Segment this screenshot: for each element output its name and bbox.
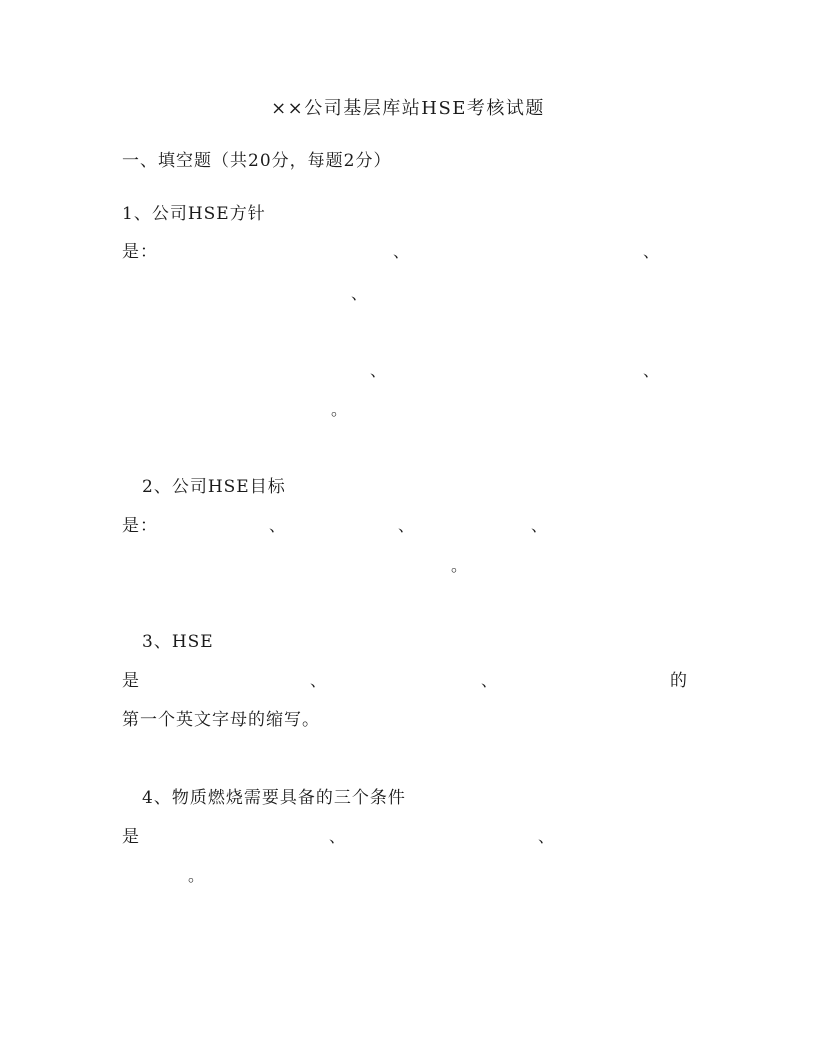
blank-separator: 、 [531,516,547,536]
question-continuation: 第一个英文字母的缩写。 [122,710,320,730]
question-prompt: 4、物质燃烧需要具备的三个条件 [142,788,406,808]
blank-separator: 、 [351,284,367,304]
document-page: ××公司基层库站HSE考核试题 一、填空题（共20分，每题2分） 1、公司HSE… [0,0,816,1056]
blank-separator: 、 [643,361,659,381]
section-heading: 一、填空题（共20分，每题2分） [122,151,391,171]
blank-separator: 、 [370,361,386,381]
blank-separator: 、 [643,242,659,262]
blank-separator: 、 [393,242,409,262]
answer-lead: 是： [122,516,158,536]
answer-lead: 是 [122,671,140,691]
end-mark: 。 [331,400,347,420]
blank-separator: 、 [481,671,497,691]
answer-lead: 是： [122,242,158,262]
blank-separator: 、 [398,516,414,536]
document-title: ××公司基层库站HSE考核试题 [0,98,816,120]
blank-separator: 、 [269,516,285,536]
blank-separator: 、 [538,827,554,847]
question-prompt: 3、HSE [142,632,214,652]
question-prompt: 2、公司HSE目标 [142,477,286,497]
end-mark: 。 [451,556,467,576]
trailing-word: 的 [670,671,688,691]
question-prompt: 1、公司HSE方针 [122,204,266,224]
blank-separator: 、 [329,827,345,847]
end-mark: 。 [188,866,204,886]
blank-separator: 、 [310,671,326,691]
answer-lead: 是 [122,827,140,847]
